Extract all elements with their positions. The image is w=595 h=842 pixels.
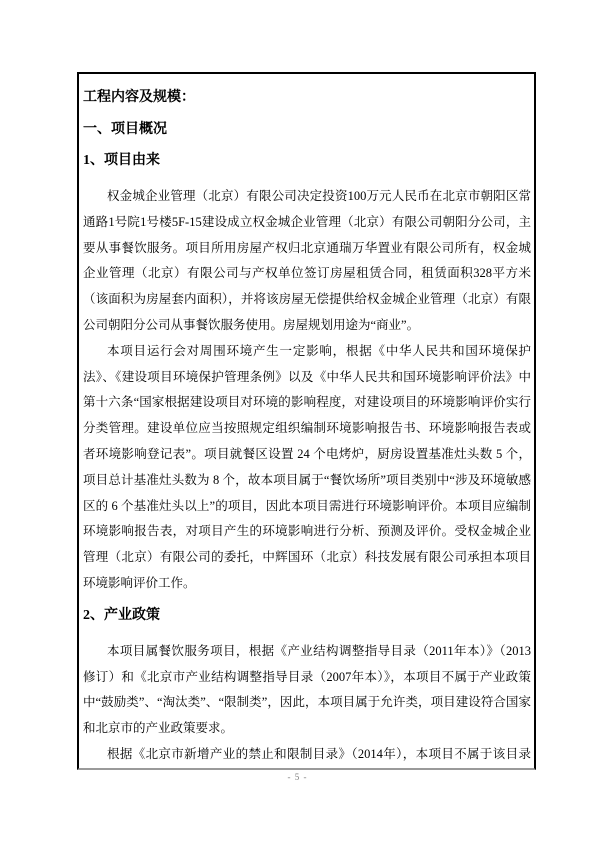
content-frame: 工程内容及规模： 一、项目概况 1、项目由来 权金城企业管理（北京）有限公司决定… [77, 72, 536, 770]
paragraph-project-origin-2: 本项目运行会对周围环境产生一定影响，根据《中华人民共和国环境保护法》、《建设项目… [83, 339, 531, 597]
paragraph-industrial-policy-2: 根据《北京市新增产业的禁止和限制目录》（2014年），本项目不属于该目录中限制类… [83, 742, 531, 770]
page-number: - 5 - [0, 772, 595, 782]
subsection-heading-industrial-policy: 2、产业政策 [83, 606, 531, 625]
paragraph-project-origin-1: 权金城企业管理（北京）有限公司决定投资100万元人民币在北京市朝阳区常通路1号院… [83, 184, 531, 339]
document-page: 工程内容及规模： 一、项目概况 1、项目由来 权金城企业管理（北京）有限公司决定… [0, 0, 595, 842]
paragraph-industrial-policy-1: 本项目属餐饮服务项目，根据《产业结构调整指导目录（2011年本）》（2013修订… [83, 639, 531, 742]
subsection-heading-project-origin: 1、项目由来 [83, 151, 531, 170]
section-heading-project-overview: 一、项目概况 [83, 120, 531, 139]
frame-title: 工程内容及规模： [83, 88, 531, 107]
